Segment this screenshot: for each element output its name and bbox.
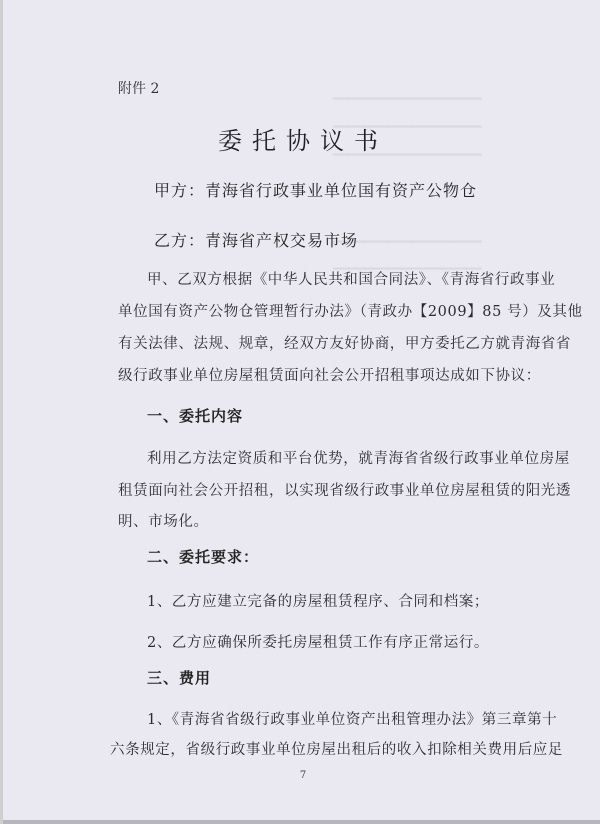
party-b: 乙方：青海省产权交易市场: [154, 228, 358, 251]
document-title: 委托协议书: [3, 121, 600, 156]
intro-line-4: 级行政事业单位房屋租赁面向社会公开招租事项达成如下协议：: [118, 364, 541, 385]
page-bottom-edge: [3, 820, 600, 824]
section-heading-1: 一、委托内容: [147, 405, 243, 426]
intro-line-1: 甲、乙双方根据《中华人民共和国合同法》、《青海省行政事业: [147, 268, 555, 289]
requirement-item-2: 2、乙方应确保所委托房屋租赁工作有序正常运行。: [147, 631, 489, 652]
intro-line-2: 单位国有资产公物仓管理暂行办法》（青政办【2009】85 号）及其他: [118, 300, 583, 321]
page-number: 7: [3, 770, 600, 781]
section-1-line-3: 明、市场化。: [118, 510, 209, 531]
document-page: ━━━━━━━━━━━━━━━━━━━ ━━━━━━━━━━━━━━━━━━━ …: [0, 0, 600, 824]
section-1-line-2: 租赁面向社会公开招租，以实现省级行政事业单位房屋租赁的阳光透: [118, 479, 571, 500]
section-1-line-1: 利用乙方法定资质和平台优势，就青海省省级行政事业单位房屋: [147, 447, 570, 468]
section-3-line-1: 1、《青海省省级行政事业单位资产出租管理办法》第三章第十: [147, 708, 557, 729]
section-heading-2: 二、委托要求：: [147, 546, 259, 567]
intro-line-3: 有关法律、法规、规章，经双方友好协商，甲方委托乙方就青海省省: [118, 332, 571, 353]
annex-label: 附件 2: [118, 78, 159, 98]
requirement-item-1: 1、乙方应建立完备的房屋租赁程序、合同和档案；: [147, 590, 489, 611]
section-3-line-2: 六条规定，省级行政事业单位房屋出租后的收入扣除相关费用后应足: [110, 738, 563, 759]
section-heading-3: 三、费用: [147, 667, 211, 688]
show-through-text: ━━━━━━━━━━━━━━━━━━━: [333, 92, 482, 107]
party-a: 甲方：青海省行政事业单位国有资产公物仓: [154, 178, 477, 201]
